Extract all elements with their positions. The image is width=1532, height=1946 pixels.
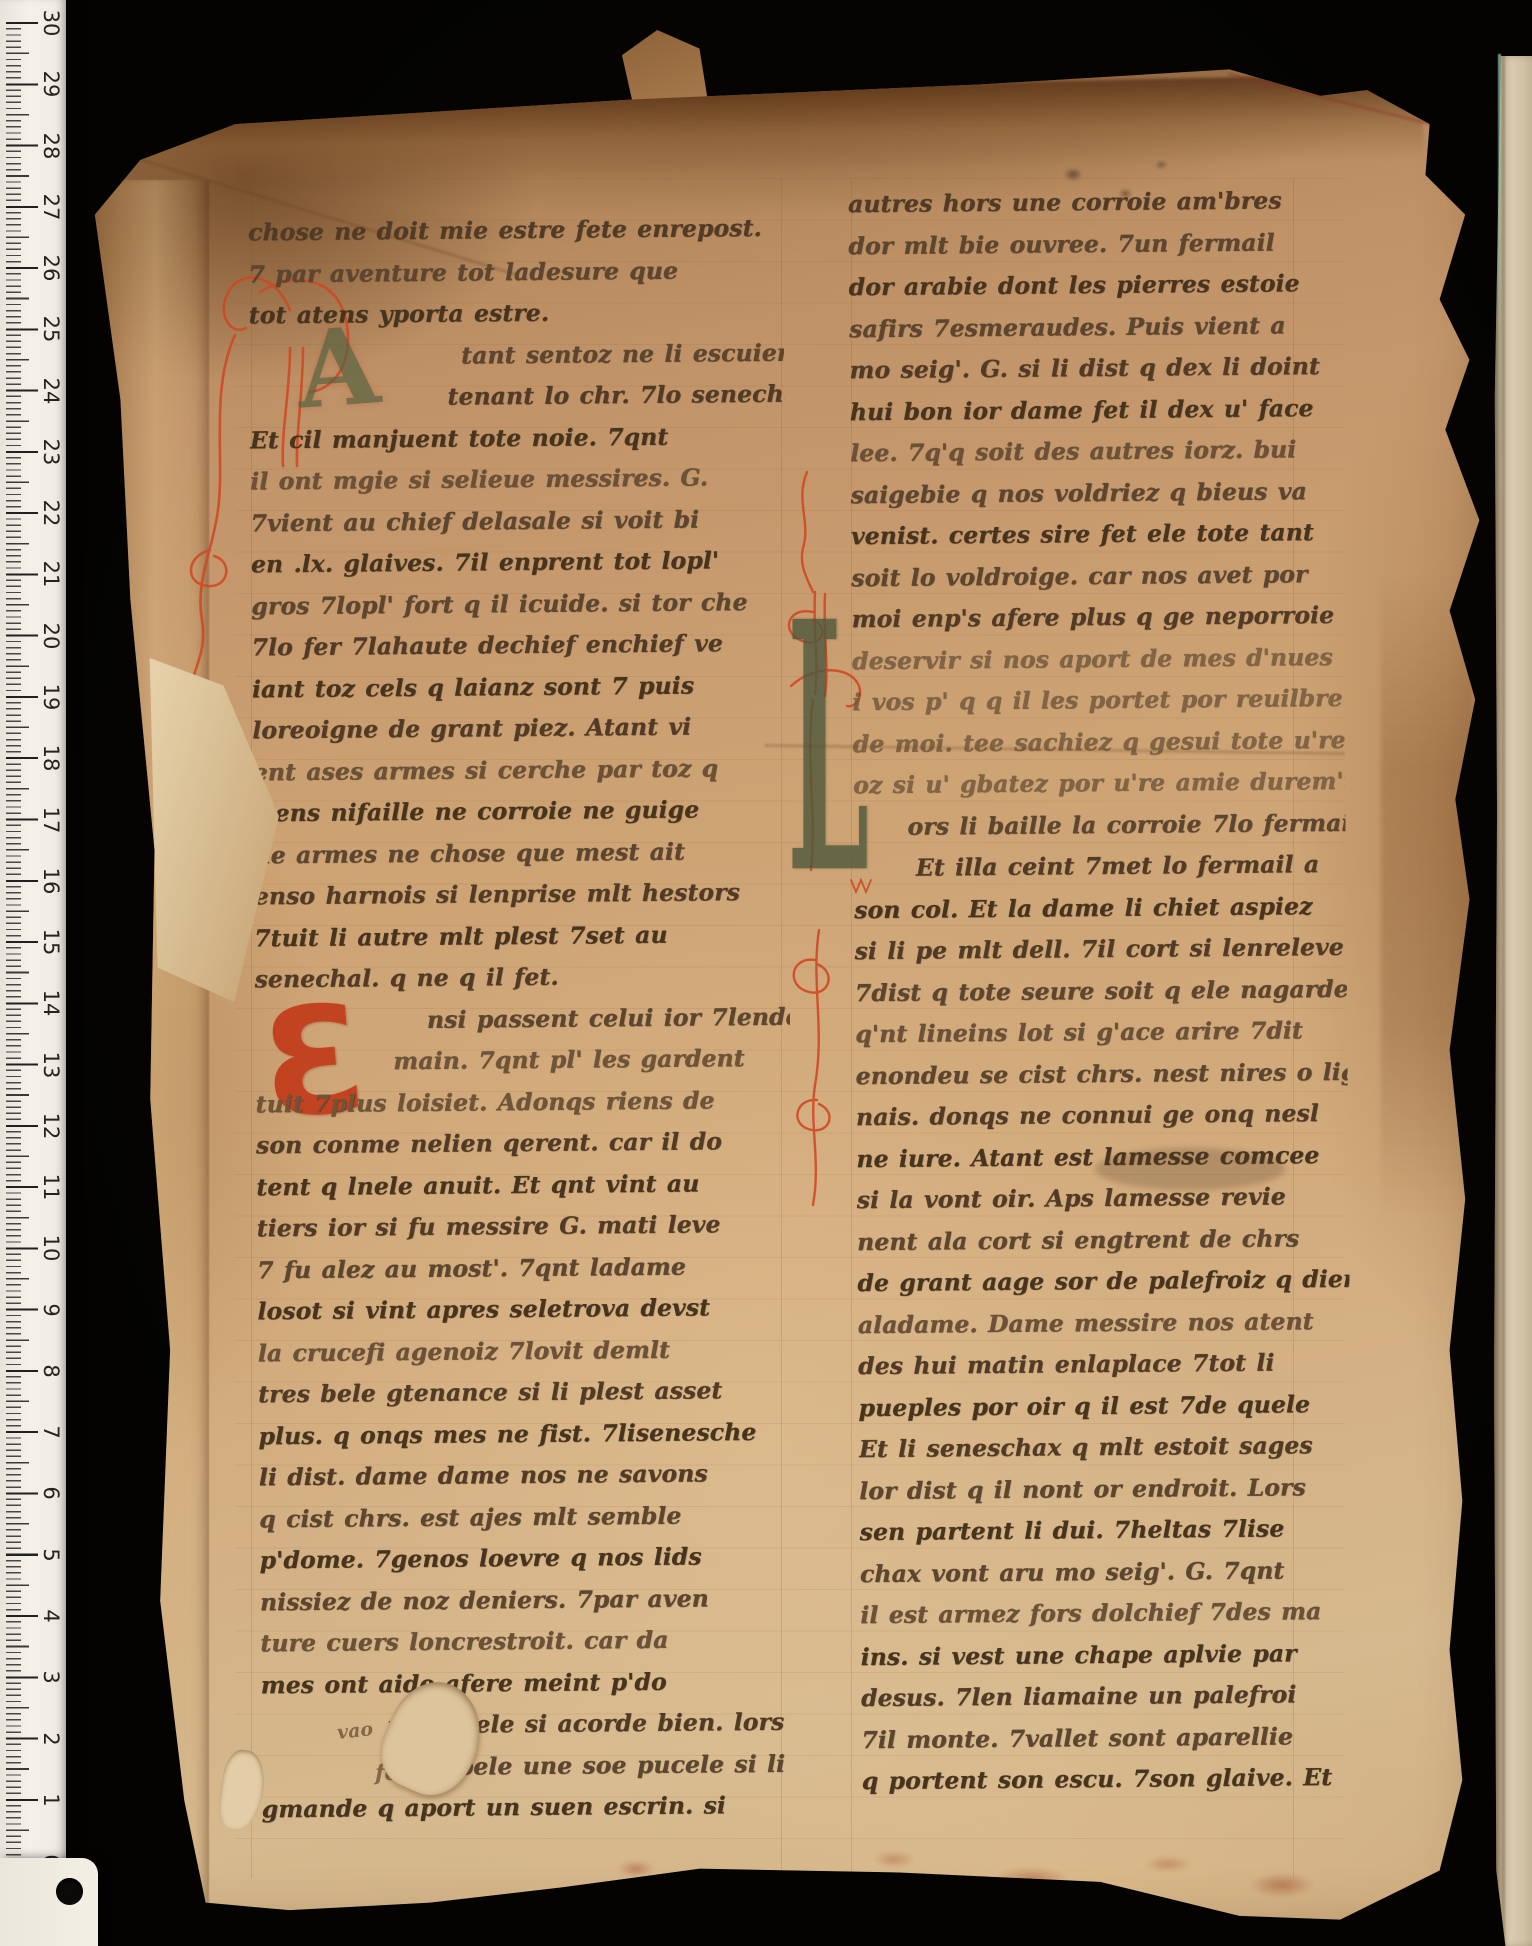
ruler-number: 24 xyxy=(33,376,63,406)
ruler-number: 15 xyxy=(33,927,63,957)
manuscript-line: 7 par aventure tot ladesure que xyxy=(248,255,783,301)
manuscript-line: 7dist q tote seure soit q ele nagarde. E… xyxy=(855,974,1347,1020)
manuscript-line: dor mlt bie ouvree. 7un fermail xyxy=(848,227,1340,273)
manuscript-line: si li pe mlt dell. 7il cort si lenreleve xyxy=(854,933,1346,979)
manuscript-line: lee. 7q'q soit des autres iorz. bui xyxy=(850,435,1342,481)
manuscript-line: son conme nelien qerent. car il do xyxy=(256,1127,791,1173)
ruler-number: 9 xyxy=(33,1295,63,1325)
ruler-number: 5 xyxy=(33,1540,63,1570)
ruler-number: 18 xyxy=(33,743,63,773)
manuscript-line: q cist chrs. est ajes mlt semble xyxy=(259,1500,794,1546)
ruler-number: 10 xyxy=(33,1233,63,1263)
manuscript-line: 7 fu alez au most'. 7qnt ladame xyxy=(257,1251,792,1297)
manuscript-line: enso harnois si lenprise mlt hestors xyxy=(254,878,789,924)
ruler-number: 22 xyxy=(33,498,63,528)
manuscript-line: saigebie q nos voldriez q bieus va xyxy=(850,476,1342,522)
right-text-column: autres hors une corroie am'bresdor mlt b… xyxy=(848,186,1354,1830)
photo-background: A Ɛ L chose ne doit mie estre fete enrep… xyxy=(0,0,1532,1946)
manuscript-line: il est armez fors dolchief 7des ma xyxy=(860,1597,1352,1643)
manuscript-line: oz si u' gbatez por u're amie durem't xyxy=(853,767,1345,813)
manuscript-line: tot atens yporta estre. xyxy=(249,297,784,343)
ruler-number: 19 xyxy=(33,682,63,712)
manuscript-line: tuit 7plus loisiet. Adonqs riens de xyxy=(255,1085,790,1131)
manuscript-line: nissiez de noz deniers. 7par aven xyxy=(260,1583,795,1629)
manuscript-line: nais. donqs ne connui ge onq nesl xyxy=(856,1099,1348,1145)
manuscript-line: tant sentoz ne li escuier ma xyxy=(249,338,784,384)
manuscript-line: ent ases armes si cerche par toz q xyxy=(253,753,788,799)
ruler-number: 13 xyxy=(33,1050,63,1080)
ruler-number: 26 xyxy=(33,253,63,283)
manuscript-line: ture cuers loncrestroit. car da xyxy=(260,1625,795,1671)
manuscript-line: il ont mgie si selieue messires. G. xyxy=(250,463,785,509)
manuscript-line: Et cil manjuent tote noie. 7qnt xyxy=(250,421,785,467)
folio-crease xyxy=(1502,56,1505,1946)
manuscript-line: 7vient au chief delasale si voit bi xyxy=(250,504,785,550)
manuscript-line: loreoigne de grant piez. Atant vi xyxy=(252,712,787,758)
manuscript-line: en .lx. glaives. 7il enprent tot lopl' xyxy=(251,546,786,592)
manuscript-line: li dist. dame dame nos ne savons xyxy=(259,1459,794,1505)
manuscript-line: enondeu se cist chrs. nest nires o lige xyxy=(855,1057,1347,1103)
manuscript-line: mo seig'. G. si li dist q dex li doint xyxy=(849,352,1341,398)
ruler-number: 30 xyxy=(33,8,63,38)
manuscript-line: mes ont aide afere meint p'do xyxy=(261,1666,796,1712)
ink-smudge-middle xyxy=(1095,1148,1285,1190)
manuscript-line: venist. certes sire fet ele tote tant xyxy=(851,518,1343,564)
manuscript-line: tenant lo chr. 7lo senechal. xyxy=(249,380,784,426)
manuscript-line: tent q lnele anuit. Et qnt vint au xyxy=(256,1168,791,1214)
manuscript-line: losot si vint apres seletrova devst xyxy=(257,1293,792,1339)
ruler-number: 17 xyxy=(33,805,63,835)
manuscript-line: safirs 7esmeraudes. Puis vient a xyxy=(849,310,1341,356)
ruler-number: 1 xyxy=(33,1785,63,1815)
ruler-number: 27 xyxy=(33,192,63,222)
ruler-number: 14 xyxy=(33,988,63,1018)
ruler-number: 23 xyxy=(33,437,63,467)
manuscript-line: riens nifaille ne corroie ne guige xyxy=(253,795,788,841)
manuscript-line: p'dome. 7genos loevre q nos lids xyxy=(259,1542,794,1588)
ruler-number: 12 xyxy=(33,1111,63,1141)
ruler-hole xyxy=(56,1878,83,1905)
manuscript-line: hui bon ior dame fet il dex u' face xyxy=(850,393,1342,439)
manuscript-line: q'nt lineins lot si g'ace arire 7dit xyxy=(855,1016,1347,1062)
manuscript-line: de grant aage sor de palefroiz q dient xyxy=(857,1265,1349,1311)
manuscript-line: pueples por oir q il est 7de quele xyxy=(858,1389,1350,1435)
ruler-number: 21 xyxy=(33,559,63,589)
manuscript-line: lor dist q il nont or endroit. Lors xyxy=(859,1472,1351,1518)
manuscript-line: dor arabie dont les pierres estoie xyxy=(849,269,1341,315)
manuscript-line: soit lo voldroige. car nos avet por xyxy=(851,559,1343,605)
ruler-number: 16 xyxy=(33,866,63,896)
stain-right-edge xyxy=(1381,576,1473,1216)
manuscript-line: 7lo fer 7lahaute dechief enchief ve xyxy=(251,629,786,675)
manuscript-line: nsi passent celui ior 7lende xyxy=(255,1002,790,1048)
ruler-foot xyxy=(0,1858,98,1946)
manuscript-line: nent ala cort si engtrent de chrs xyxy=(857,1223,1349,1269)
manuscript-line: i vos p' q q il les portet por reuilbre xyxy=(852,684,1344,730)
manuscript-line: q portent son escu. 7son glaive. Et xyxy=(862,1763,1354,1809)
ruler-number: 11 xyxy=(33,1172,63,1202)
manuscript-line: ne armes ne chose que mest ait xyxy=(253,836,788,882)
manuscript-line: desus. 7len liamaine un palefroi xyxy=(861,1680,1353,1726)
catchword: vao xyxy=(336,1718,374,1744)
manuscript-line: 7il monte. 7vallet sont aparellie xyxy=(861,1721,1353,1767)
manuscript-line: plus. q onqs mes ne fist. 7lisenesche xyxy=(258,1417,793,1463)
manuscript-line: des hui matin enlaplace 7tot li xyxy=(858,1348,1350,1394)
manuscript-line: apele une soe pucele si li xyxy=(261,1749,796,1795)
manuscript-line: iant toz cels q laianz sont 7 puis xyxy=(252,670,787,716)
ruler-number: 6 xyxy=(33,1478,63,1508)
manuscript-page: A Ɛ L chose ne doit mie estre fete enrep… xyxy=(75,60,1495,1946)
manuscript-line: sen partent li dui. 7heltas 7lise xyxy=(859,1514,1351,1560)
manuscript-line: senechal. q ne q il fet. xyxy=(254,961,789,1007)
manuscript-line: Et illa ceint 7met lo fermail a xyxy=(854,850,1346,896)
manuscript-line: aladame. Dame messire nos atent xyxy=(858,1306,1350,1352)
ruler-number: 28 xyxy=(33,131,63,161)
ruler-number: 29 xyxy=(33,69,63,99)
ruler-number: 8 xyxy=(33,1356,63,1386)
glass-edge-line xyxy=(1498,54,1501,534)
manuscript-line: main. 7qnt pl' les gardent xyxy=(255,1044,790,1090)
left-text-column: chose ne doit mie estre fete enrepost.7 … xyxy=(248,214,797,1859)
ruler-number: 25 xyxy=(33,314,63,344)
ruler-number: 3 xyxy=(33,1662,63,1692)
ink-smudge-top xyxy=(1010,136,1220,232)
manuscript-line: si la vont oir. Aps lamesse revie xyxy=(857,1182,1349,1228)
manuscript-line: moi enp's afere plus q ge neporroie xyxy=(851,601,1343,647)
red-stain-bottom xyxy=(575,1816,1335,1912)
manuscript-line: chax vont aru mo seig'. G. 7qnt xyxy=(860,1555,1352,1601)
manuscript-line: deservir si nos aport de mes d'nues xyxy=(852,642,1344,688)
manuscript-line: tres bele gtenance si li plest asset xyxy=(258,1376,793,1422)
measuring-ruler: 3029282726252423222120191817161514131211… xyxy=(0,0,66,1946)
ruler-number: 7 xyxy=(33,1417,63,1447)
ruler-number: 4 xyxy=(33,1601,63,1631)
ruler-number: 20 xyxy=(33,621,63,651)
manuscript-line: son col. Et la dame li chiet aspiez xyxy=(854,891,1346,937)
manuscript-line: ins. si vest une chape aplvie par xyxy=(861,1638,1353,1684)
ruler-number: 2 xyxy=(33,1724,63,1754)
manuscript-line: gros 7lopl' fort q il icuide. si tor che xyxy=(251,587,786,633)
manuscript-line: 7tuit li autre mlt plest 7set au xyxy=(254,919,789,965)
manuscript-line: ors li baille la corroie 7lo fermail. xyxy=(853,808,1345,854)
manuscript-line: la crucefi agenoiz 7lovit demlt xyxy=(258,1334,793,1380)
manuscript-line: tiers ior si fu messire G. mati leve xyxy=(257,1210,792,1256)
manuscript-line: Et li seneschax q mlt estoit sages xyxy=(859,1431,1351,1477)
parchment-top-fold xyxy=(82,73,1424,189)
manuscript-line: chose ne doit mie estre fete enrepost. xyxy=(248,214,783,260)
